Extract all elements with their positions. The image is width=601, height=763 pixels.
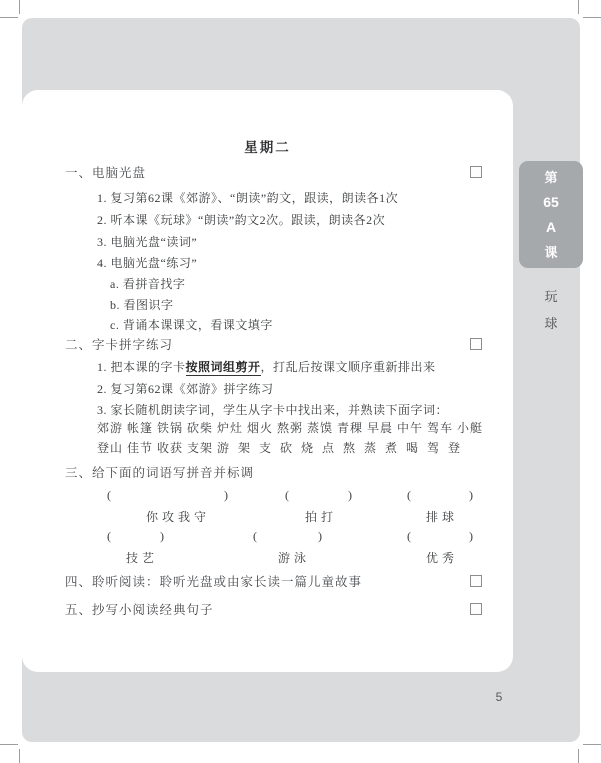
- pinyin-word: 优秀: [426, 549, 458, 566]
- section-four-heading: 四、聆听阅读：聆听光盘或由家长读一篇儿童故事: [65, 575, 362, 589]
- checkbox-section-one[interactable]: [470, 166, 482, 178]
- item-text: 1. 把本课的字卡: [97, 360, 186, 374]
- pinyin-word: 拍打: [305, 508, 337, 525]
- list-item: a. 看拼音找字: [110, 277, 185, 291]
- list-item: 3. 家长随机朗读字词，学生从字卡中找出来，并熟读下面字词：: [97, 403, 448, 417]
- pinyin-blank-paren: ): [469, 529, 473, 544]
- lesson-tab-text: A: [546, 215, 556, 240]
- pinyin-blank-paren: (: [253, 529, 257, 544]
- checkbox-section-five[interactable]: [470, 603, 482, 615]
- lesson-tab-text: 65: [543, 190, 559, 215]
- list-item: 1. 复习第62课《郊游》、“朗读”韵文，跟读，朗读各1次: [97, 191, 398, 205]
- section-two-heading: 二、字卡拼字练习: [65, 338, 173, 352]
- list-item: 2. 听本课《玩球》“朗读”韵文2次。跟读，朗读各2次: [97, 213, 385, 227]
- crop-mark: [583, 744, 601, 745]
- section-five-heading: 五、抄写小阅读经典句子: [65, 603, 214, 617]
- lesson-tab-text: 课: [544, 240, 557, 265]
- pinyin-blank-paren: (: [285, 488, 289, 503]
- pinyin-word: 技艺: [126, 549, 158, 566]
- section-one-heading: 一、电脑光盘: [65, 166, 146, 180]
- word-list-line-2: 登山 佳节 收获 支架 游 架 支 砍 烧 点 熬 蒸 煮 喝 驾 登: [97, 441, 461, 455]
- pinyin-blank-paren: ): [348, 488, 352, 503]
- section-three-heading: 三、给下面的词语写拼音并标调: [65, 466, 254, 480]
- crop-mark: [0, 744, 18, 745]
- pinyin-word: 排球: [426, 508, 458, 525]
- lesson-title-char: 玩: [544, 283, 557, 310]
- page-number: 5: [489, 690, 509, 704]
- pinyin-blank-paren: (: [107, 529, 111, 544]
- page-title: 星期二: [22, 136, 513, 156]
- crop-mark: [19, 749, 20, 763]
- pinyin-word: 游泳: [278, 549, 310, 566]
- word-list-line-1: 郊游 帐篷 铁锅 砍柴 炉灶 烟火 熬粥 蒸馍 青稞 早晨 中午 驾车 小艇: [97, 421, 483, 435]
- crop-mark: [0, 17, 18, 18]
- pinyin-word: 你攻我守: [146, 508, 210, 525]
- item-emphasis-underline: 按照词组剪开: [186, 360, 261, 376]
- lesson-title-char: 球: [544, 310, 557, 337]
- list-item: c. 背诵本课课文，看课文填字: [110, 318, 273, 332]
- pinyin-blank-paren: ): [469, 488, 473, 503]
- list-item: 1. 把本课的字卡按照词组剪开，打乱后按课文顺序重新排出来: [97, 360, 436, 374]
- lesson-title-vertical: 玩 球: [519, 283, 583, 337]
- list-item: 4. 电脑光盘“练习”: [97, 256, 197, 270]
- list-item: b. 看图识字: [110, 298, 174, 312]
- crop-mark: [578, 749, 579, 763]
- pinyin-blank-paren: ): [318, 529, 322, 544]
- crop-mark: [583, 17, 601, 18]
- list-item: 3. 电脑光盘“读词”: [97, 235, 197, 249]
- workbook-page: 第 65 A 课 玩 球 星期二 一、电脑光盘 1. 复习第62课《郊游》、“朗…: [0, 0, 601, 763]
- crop-mark: [19, 0, 20, 14]
- item-text: ，打乱后按课文顺序重新排出来: [261, 360, 436, 374]
- list-item: 2. 复习第62课《郊游》拼字练习: [97, 382, 274, 396]
- checkbox-section-four[interactable]: [470, 575, 482, 587]
- lesson-tab: 第 65 A 课: [519, 161, 583, 268]
- pinyin-blank-paren: (: [407, 488, 411, 503]
- pinyin-blank-paren: (: [107, 488, 111, 503]
- pinyin-blank-paren: ): [160, 529, 164, 544]
- checkbox-section-two[interactable]: [470, 338, 482, 350]
- pinyin-blank-paren: ): [224, 488, 228, 503]
- pinyin-blank-paren: (: [407, 529, 411, 544]
- lesson-tab-text: 第: [544, 165, 557, 190]
- crop-mark: [578, 0, 579, 14]
